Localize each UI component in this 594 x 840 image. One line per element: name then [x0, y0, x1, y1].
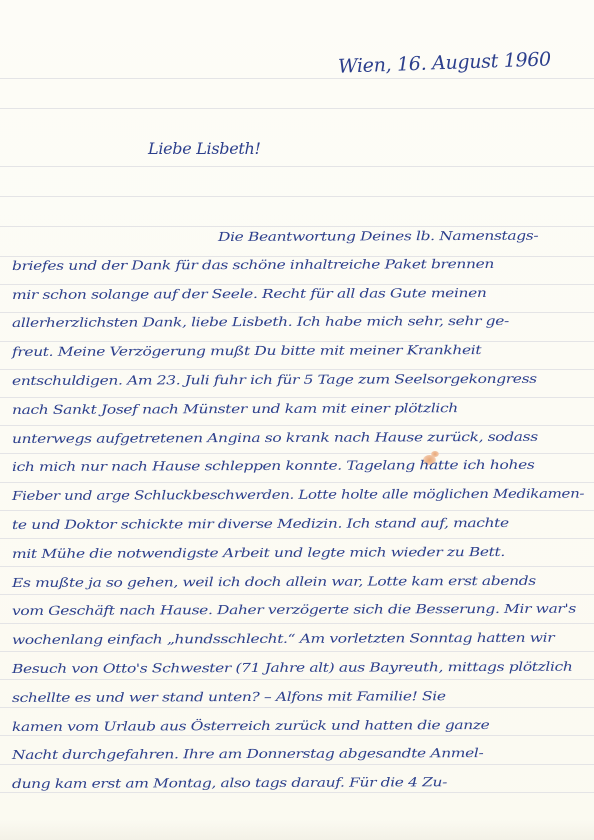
rule-line	[0, 482, 594, 483]
rule-line	[0, 623, 594, 624]
rule-line	[0, 566, 594, 567]
letter-paper	[0, 0, 594, 840]
rule-line	[0, 108, 594, 109]
letter-line: mit Mühe die notwendigste Arbeit und leg…	[12, 544, 505, 561]
letter-line: Fieber und arge Schluckbeschwerden. Lott…	[12, 486, 584, 503]
letter-line: Die Beantwortung Deines lb. Namenstags-	[218, 228, 538, 244]
letter-line: nach Sankt Josef nach Münster und kam mi…	[12, 400, 458, 417]
rule-line	[0, 735, 594, 736]
letter-line: kamen vom Urlaub aus Österreich zurück u…	[12, 717, 490, 734]
paper-edge	[0, 820, 594, 840]
rule-line	[0, 707, 594, 708]
letter-line: mir schon solange auf der Seele. Recht f…	[12, 285, 487, 302]
letter-line: unterwegs aufgetretenen Angina so krank …	[12, 428, 538, 445]
rule-line	[0, 397, 594, 398]
rule-line	[0, 538, 594, 539]
rule-line	[0, 764, 594, 765]
rule-line	[0, 679, 594, 680]
rule-line	[0, 166, 594, 167]
rule-line	[0, 651, 594, 652]
rule-line	[0, 510, 594, 511]
letter-line: vom Geschäft nach Hause. Daher verzögert…	[12, 601, 576, 618]
ink-stain-small	[431, 451, 439, 457]
rule-line	[0, 196, 594, 197]
rule-line	[0, 369, 594, 370]
rule-line	[0, 792, 594, 793]
rule-line	[0, 594, 594, 595]
letter-line: Nacht durchgefahren. Ihre am Donnerstag …	[12, 745, 483, 762]
salutation: Liebe Lisbeth!	[148, 139, 261, 158]
letter-line: freut. Meine Verzögerung mußt Du bitte m…	[12, 342, 481, 359]
letter-line: ich mich nur nach Hause schleppen konnte…	[12, 457, 535, 474]
letter-line: schellte es und wer stand unten? – Alfon…	[12, 688, 446, 705]
letter-line: Es mußte ja so gehen, weil ich doch alle…	[12, 572, 536, 589]
rule-line	[0, 78, 594, 79]
letter-line: allerherzlichsten Dank, liebe Lisbeth. I…	[12, 313, 509, 330]
letter-line: Besuch von Otto's Schwester (71 Jahre al…	[12, 659, 573, 676]
rule-line	[0, 453, 594, 454]
letter-line: dung kam erst am Montag, also tags darau…	[12, 774, 447, 791]
rule-line	[0, 425, 594, 426]
letter-line: briefes und der Dank für das schöne inha…	[12, 256, 494, 273]
letter-line: wochenlang einfach „hundsschlecht.“ Am v…	[12, 630, 554, 647]
letter-line: entschuldigen. Am 23. Juli fuhr ich für …	[12, 371, 537, 388]
letter-line: te und Doktor schickte mir diverse Mediz…	[12, 515, 509, 532]
